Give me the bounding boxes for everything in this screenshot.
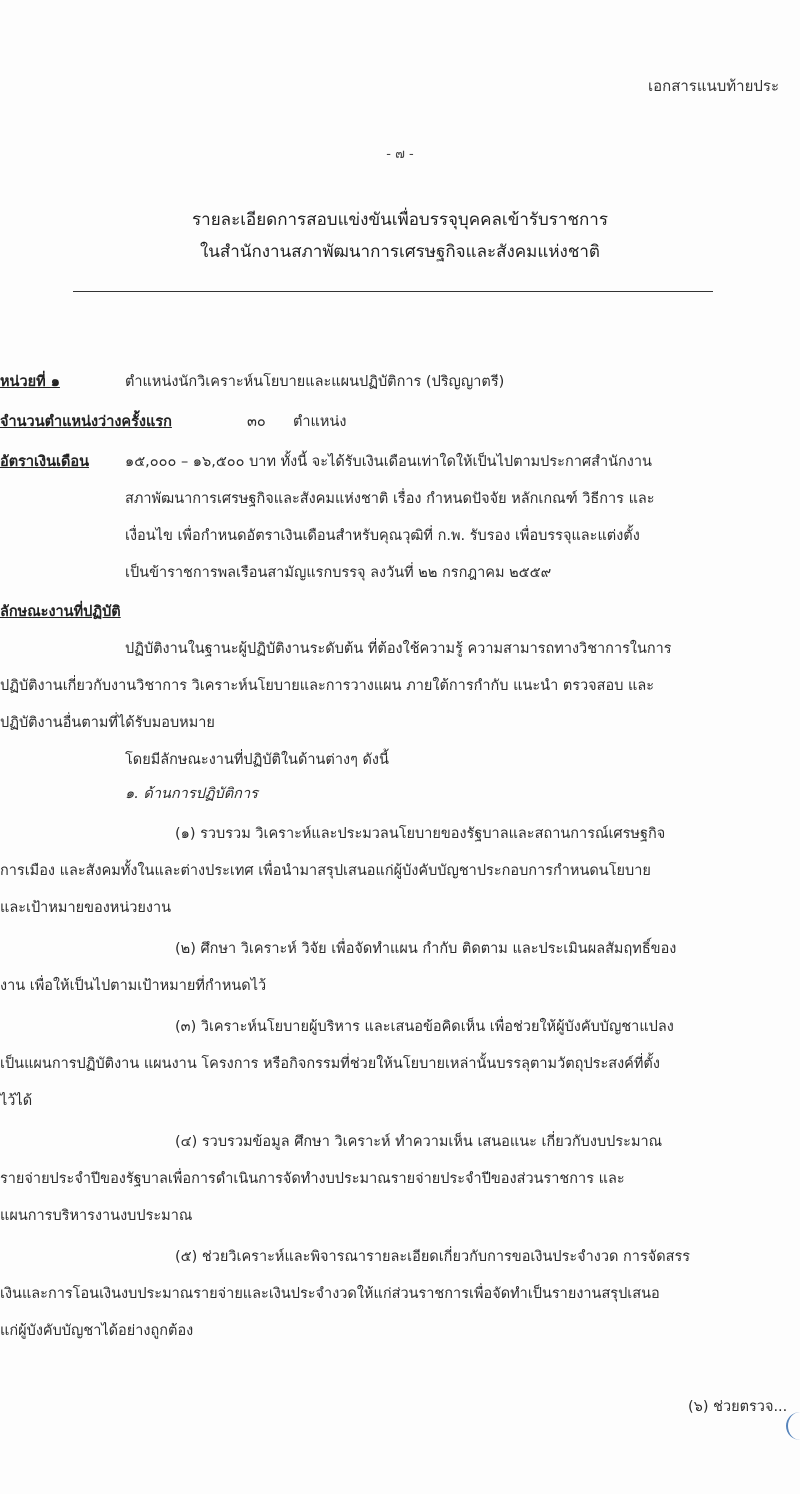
section-heading-operations: ๑. ด้านการปฏิบัติการ: [125, 782, 258, 805]
item-4-line-2: รายจ่ายประจำปีของรัฐบาลเพื่อการดำเนินการ…: [0, 1167, 625, 1190]
page-number: - ๗ -: [0, 143, 800, 164]
item-3-line-2: เป็นแผนการปฏิบัติงาน แผนงาน โครงการ หรือ…: [0, 1052, 660, 1075]
document-title-line-1: รายละเอียดการสอบแข่งขันเพื่อบรรจุบุคคลเข…: [0, 206, 800, 233]
item-1-line-1: (๑) รวบรวม วิเคราะห์และประมวลนโยบายของรั…: [175, 822, 665, 845]
item-5-line-2: เงินและการโอนเงินงบประมาณรายจ่ายและเงินป…: [0, 1282, 660, 1305]
item-1-line-3: และเป้าหมายของหน่วยงาน: [0, 896, 171, 919]
item-2-line-2: งาน เพื่อให้เป็นไปตามเป้าหมายที่กำหนดไว้: [0, 974, 266, 997]
salary-line-3: เงื่อนไข เพื่อกำหนดอัตราเงินเดือนสำหรับค…: [125, 524, 640, 547]
item-1-line-2: การเมือง และสังคมทั้งในและต่างประเทศ เพื…: [0, 859, 651, 882]
job-nature-lead-in: โดยมีลักษณะงานที่ปฏิบัติในด้านต่างๆ ดังน…: [125, 748, 389, 771]
item-3-line-3: ไว้ได้: [0, 1089, 32, 1112]
attachment-note: เอกสารแนบท้ายประ: [648, 74, 779, 98]
item-4-line-1: (๔) รวบรวมข้อมูล ศึกษา วิเคราะห์ ทำความเ…: [175, 1130, 662, 1153]
job-nature-intro-3: ปฏิบัติงานอื่นตามที่ได้รับมอบหมาย: [0, 711, 215, 734]
salary-line-4: เป็นข้าราชการพลเรือนสามัญแรกบรรจุ ลงวันท…: [125, 561, 551, 584]
item-5-line-1: (๕) ช่วยวิเคราะห์และพิจารณารายละเอียดเกี…: [175, 1245, 690, 1268]
blue-parenthesis-mark: [786, 1412, 800, 1440]
item-5-line-3: แก่ผู้บังคับบัญชาได้อย่างถูกต้อง: [0, 1319, 193, 1342]
job-nature-intro-2: ปฏิบัติงานเกี่ยวกับงานวิชาการ วิเคราะห์น…: [0, 674, 654, 697]
vacancies-unit: ตำแหน่ง: [293, 410, 346, 433]
job-nature-heading: ลักษณะงานที่ปฏิบัติ: [0, 600, 121, 623]
salary-line-2: สภาพัฒนาการเศรษฐกิจและสังคมแห่งชาติ เรื่…: [125, 487, 655, 510]
salary-label: อัตราเงินเดือน: [0, 450, 89, 473]
document-title-line-2: ในสำนักงานสภาพัฒนาการเศรษฐกิจและสังคมแห่…: [0, 238, 800, 265]
vacancies-count: ๓๐: [247, 410, 266, 433]
unit-value: ตำแหน่งนักวิเคราะห์นโยบายและแผนปฏิบัติกา…: [125, 370, 504, 393]
item-3-line-1: (๓) วิเคราะห์นโยบายผู้บริหาร และเสนอข้อค…: [175, 1015, 674, 1038]
item-4-line-3: แผนการบริหารงานงบประมาณ: [0, 1204, 192, 1227]
vacancies-label: จำนวนตำแหน่งว่างครั้งแรก: [0, 410, 172, 433]
job-nature-intro-1: ปฏิบัติงานในฐานะผู้ปฏิบัติงานระดับต้น ที…: [125, 637, 672, 660]
item-2-line-1: (๒) ศึกษา วิเคราะห์ วิจัย เพื่อจัดทำแผน …: [175, 937, 676, 960]
salary-line-1: ๑๕,๐๐๐ – ๑๖,๕๐๐ บาท ทั้งนี้ จะได้รับเงิน…: [125, 450, 652, 473]
title-divider: [73, 291, 713, 292]
continuation-note: (๖) ช่วยตรวจ...: [688, 1395, 787, 1418]
document-page: เอกสารแนบท้ายประ - ๗ - รายละเอียดการสอบแ…: [0, 0, 800, 1494]
unit-label: หน่วยที่ ๑: [0, 370, 60, 393]
